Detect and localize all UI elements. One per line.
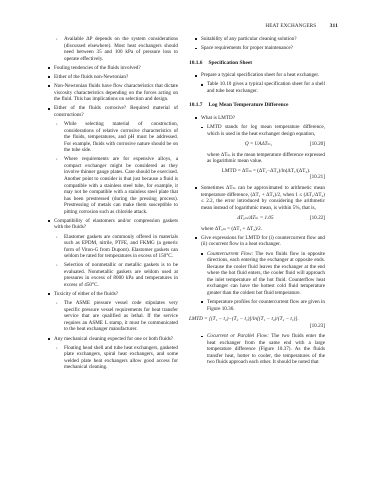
list-item: Countercurrent Flow: The two fluids flow… <box>201 251 325 297</box>
list-item: Cocurrent or Parallel Flow: The two flui… <box>201 333 325 366</box>
square-bullet-icon <box>195 187 197 189</box>
arrow-bullet-icon <box>56 345 58 352</box>
list-item: Either of the fluids corrosive? Required… <box>48 105 178 118</box>
list-item: Give expressions for LMTD for (i) counte… <box>195 235 325 248</box>
list-item: Compatibility of elastomers and/or compr… <box>48 218 178 231</box>
list-item: The ASME pressure vessel code stipulates… <box>54 300 178 333</box>
square-bullet-icon <box>195 117 197 119</box>
arrow-bullet-icon <box>56 156 58 163</box>
running-header: HEAT EXCHANGERS 311 <box>265 23 338 29</box>
arrow-bullet-icon <box>56 262 58 269</box>
square-bullet-icon <box>201 253 203 255</box>
page-number: 311 <box>330 23 338 29</box>
list-item: Non-Newtonian fluids have flow character… <box>48 83 178 103</box>
book-page: HEAT EXCHANGERS 311 Available ΔP depends… <box>0 0 370 480</box>
arrow-bullet-icon <box>56 36 58 43</box>
square-bullet-icon <box>195 75 197 77</box>
square-bullet-icon <box>48 67 50 69</box>
list-item: Fouling tendencies of the fluids involve… <box>48 65 178 72</box>
equation-10-21: LMTD = ΔTₘ = (ΔT₁−ΔT₂)/ln(ΔT₁/(ΔT₂). [10… <box>207 168 325 181</box>
section-heading-spec-sheet: 10.1.6Specification Sheet <box>189 60 325 67</box>
square-bullet-icon <box>48 220 50 222</box>
arrow-bullet-icon <box>56 121 58 128</box>
list-item: LMTD stands for log mean temperature dif… <box>201 124 325 181</box>
equation-explanation: where ΔTₘ is the mean temperature differ… <box>207 152 325 165</box>
list-item: Available ΔP depends on the system consi… <box>54 36 178 62</box>
section-heading-lmtd: 10.1.7Log Mean Temperature Difference <box>189 102 325 109</box>
square-bullet-icon <box>201 84 203 86</box>
list-item: Any mechanical cleaning expected for one… <box>48 336 178 343</box>
list-item: Selection of nonmetallic or metallic gas… <box>54 262 178 288</box>
equation-10-23: LMTD = [(T₁ − t₂)−(T₂ − t₁)]/ln[(T₁ − t₂… <box>189 316 325 329</box>
arrow-bullet-icon <box>56 300 58 307</box>
square-bullet-icon <box>201 301 203 303</box>
equation-10-22: ΔTₐₘ/ΔTₘ = 1.05 [10.22] <box>201 215 325 222</box>
list-item: Sometimes ΔTₘ can be approximated to ari… <box>195 185 325 232</box>
list-item: While selecting material of construction… <box>54 121 178 154</box>
list-item: Suitability of any particular cleaning s… <box>195 36 325 43</box>
list-item: Either of the fluids non-Newtonian? <box>48 74 178 81</box>
list-item: Floating head shell and tube heat exchan… <box>54 345 178 371</box>
list-item: Temperature profiles for countercurrent … <box>201 299 325 312</box>
equation-10-20: Q = UAΔTₘ, [10.20] <box>207 141 325 148</box>
square-bullet-icon <box>48 108 50 110</box>
equation-explanation: where ΔTₐₘ = (ΔT₁ + ΔT₂)/2. <box>201 226 325 233</box>
square-bullet-icon <box>195 48 197 50</box>
list-item: Where requirements are for expensive all… <box>54 156 178 215</box>
square-bullet-icon <box>48 293 50 295</box>
left-column: Available ΔP depends on the system consi… <box>48 36 178 373</box>
list-item: Prepare a typical specification sheet fo… <box>195 72 325 79</box>
list-item: Elastomer gaskets are commonly offered i… <box>54 234 178 260</box>
list-item: What is LMTD? <box>195 115 325 122</box>
square-bullet-icon <box>48 338 50 340</box>
arrow-bullet-icon <box>56 234 58 241</box>
right-column: Suitability of any particular cleaning s… <box>195 36 325 368</box>
square-bullet-icon <box>195 38 197 40</box>
square-bullet-icon <box>48 76 50 78</box>
list-item: Table 10.10 gives a typical specificatio… <box>201 81 325 94</box>
list-item: Space requirements for proper maintenanc… <box>195 45 325 52</box>
square-bullet-icon <box>48 85 50 87</box>
square-bullet-icon <box>201 336 203 338</box>
square-bullet-icon <box>195 237 197 239</box>
square-bullet-icon <box>201 127 203 129</box>
running-title: HEAT EXCHANGERS <box>265 23 316 29</box>
list-item: Toxicity of either of the fluids? <box>48 291 178 298</box>
